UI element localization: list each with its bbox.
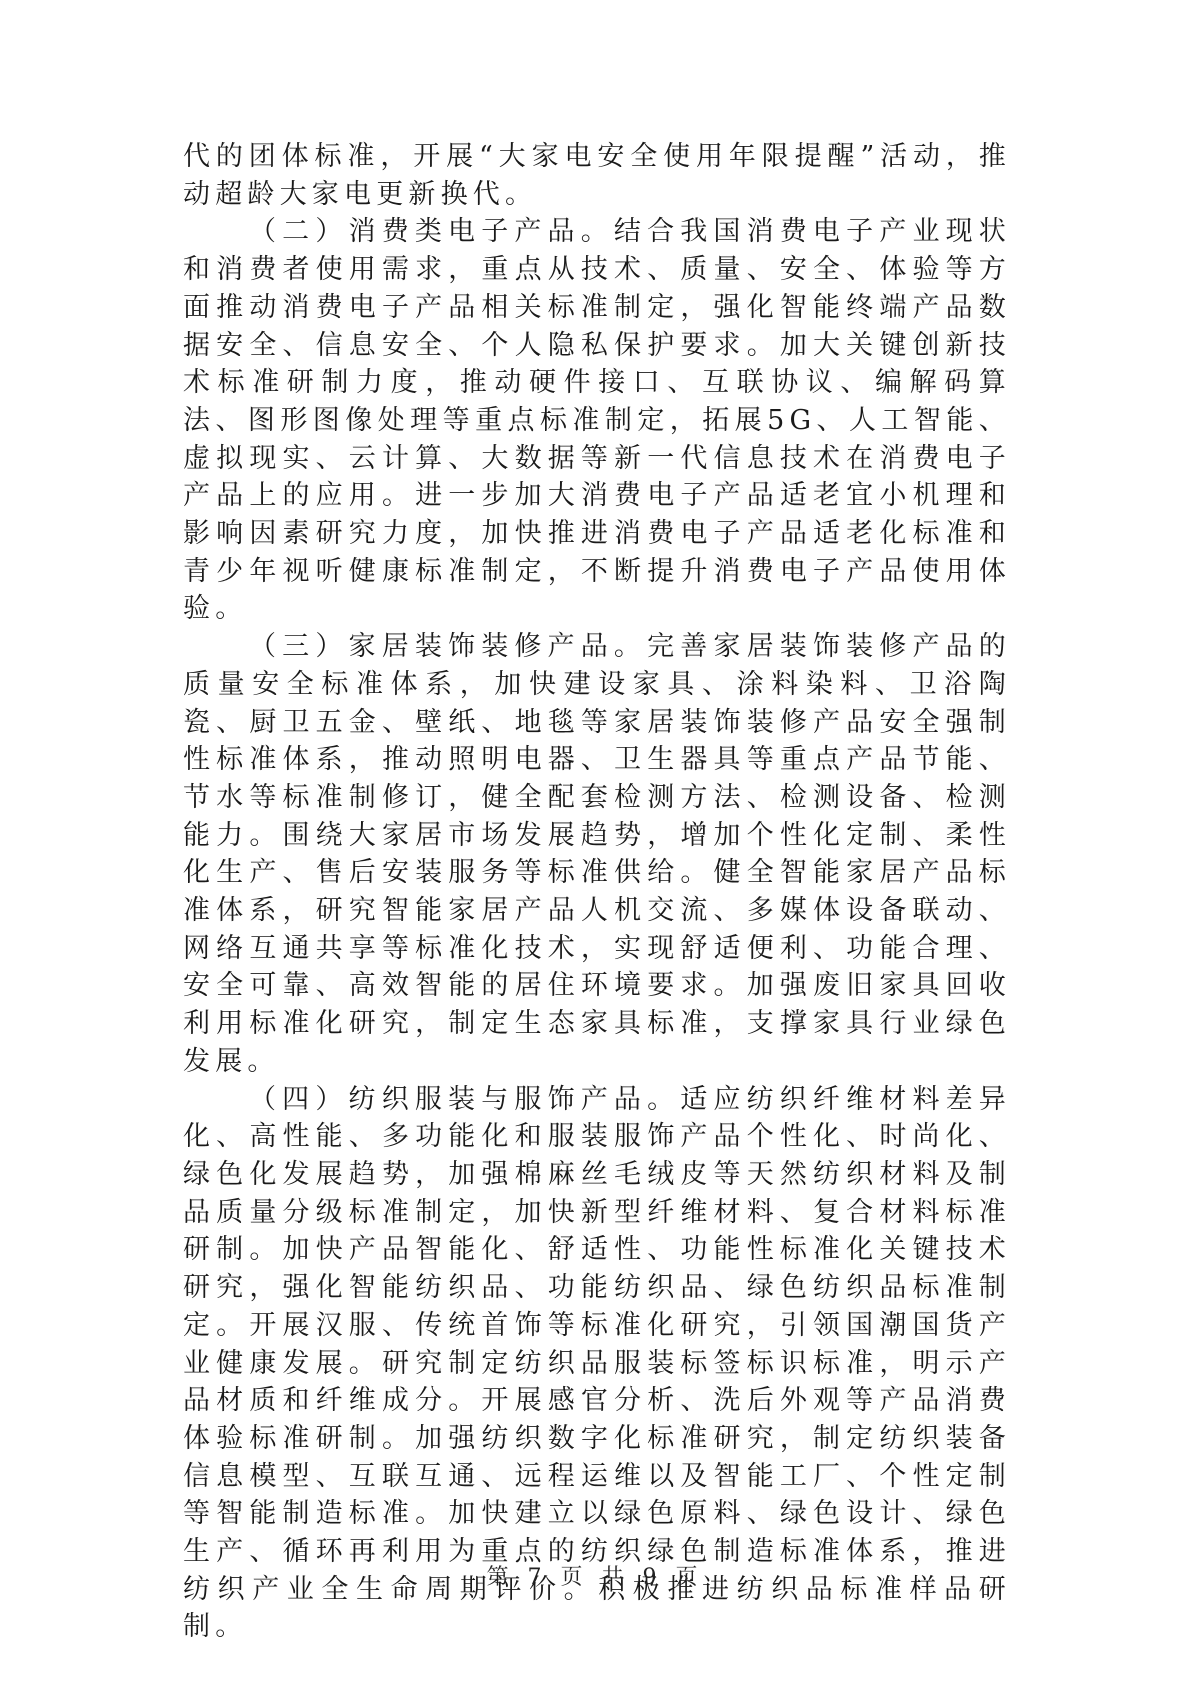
document-page: 代的团体标准，开展“大家电安全使用年限提醒”活动，推动超龄大家电更新换代。 （二… [0, 0, 1190, 1683]
paragraph-home-decoration: （三）家居装饰装修产品。完善家居装饰装修产品的质量安全标准体系，加快建设家具、涂… [183, 628, 1011, 1080]
page-number-footer: 第 7 页 共 9 页 [0, 1560, 1190, 1591]
paragraph-continuation: 代的团体标准，开展“大家电安全使用年限提醒”活动，推动超龄大家电更新换代。 [183, 138, 1011, 213]
document-body: 代的团体标准，开展“大家电安全使用年限提醒”活动，推动超龄大家电更新换代。 （二… [183, 138, 1011, 1646]
paragraph-consumer-electronics: （二）消费类电子产品。结合我国消费电子产业现状和消费者使用需求，重点从技术、质量… [183, 213, 1011, 628]
